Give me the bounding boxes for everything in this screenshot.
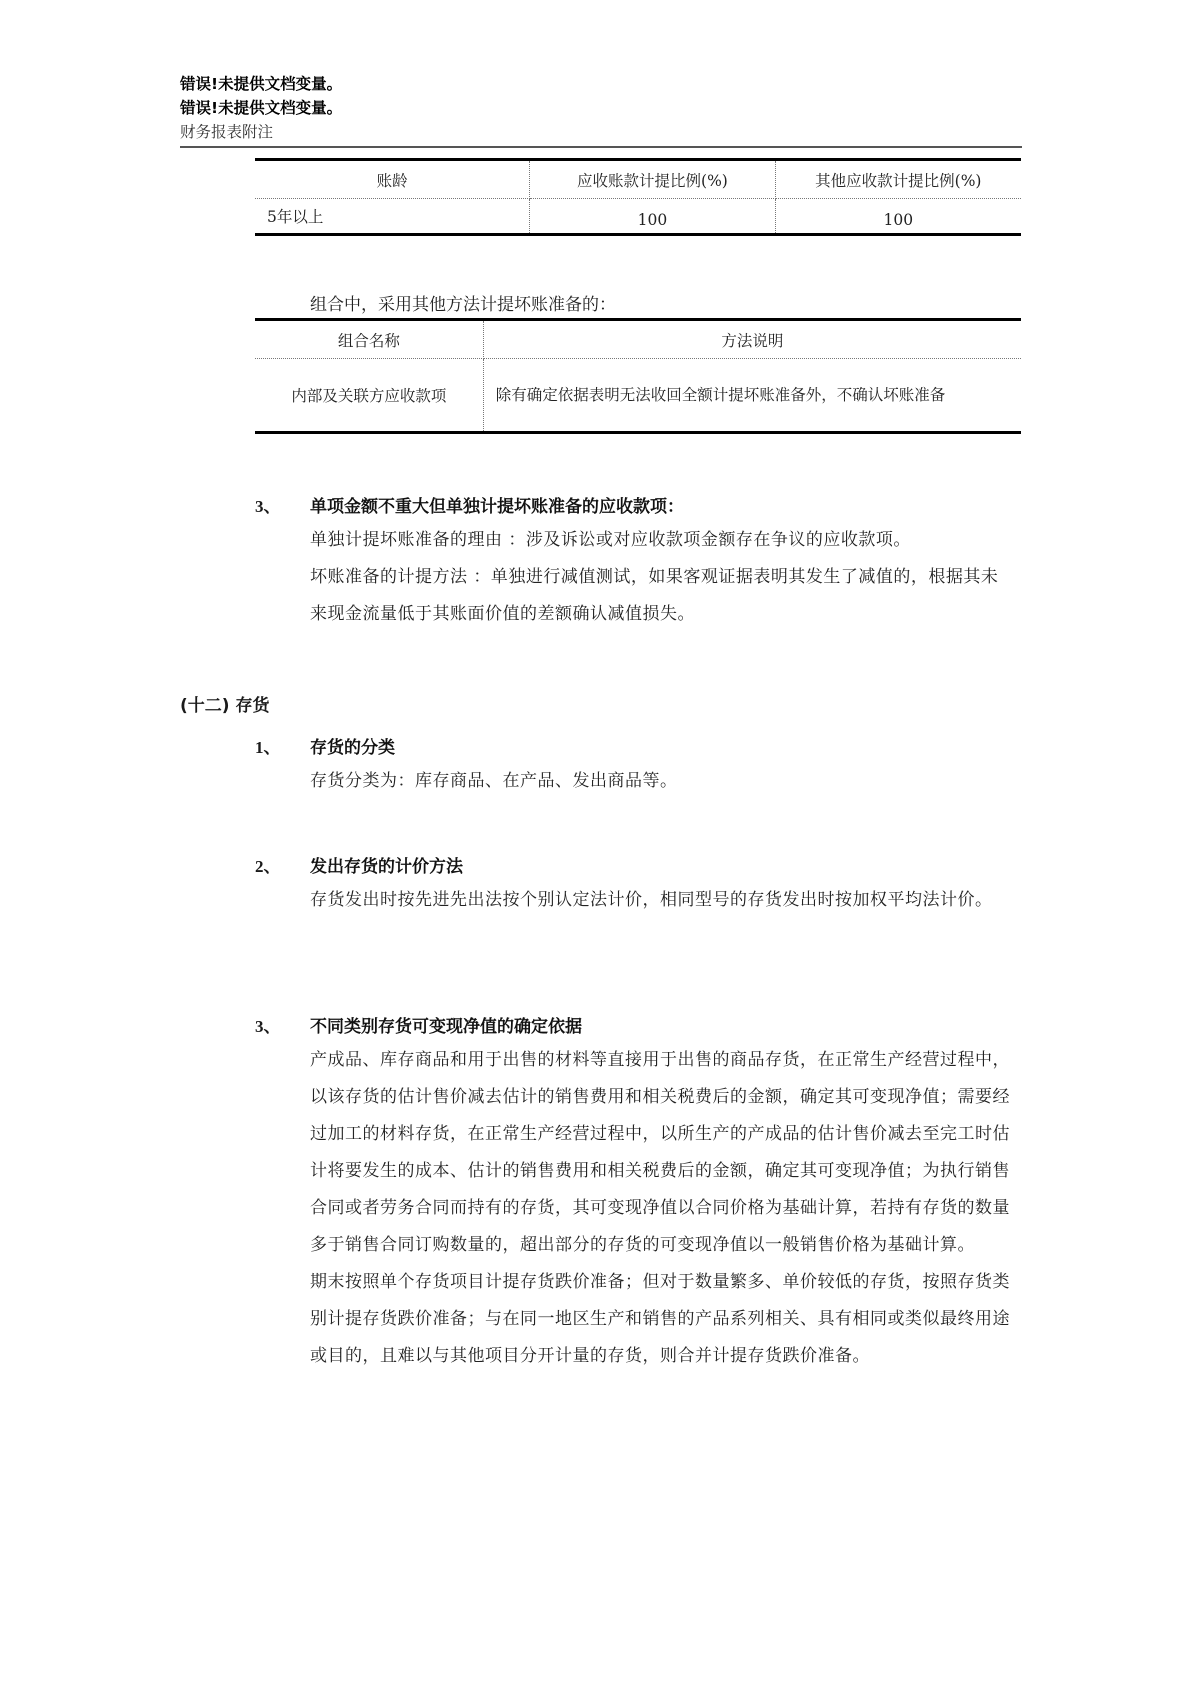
item-title: 发出存货的计价方法 (310, 852, 463, 877)
header-error-line-2: 错误!未提供文档变量。 (180, 96, 342, 118)
aging-ratio-table: 账龄 应收账款计提比例(%) 其他应收款计提比例(%) 5年以上 100 100 (255, 158, 1021, 236)
header-rule (180, 146, 1022, 148)
item-title: 单项金额不重大但单独计提坏账准备的应收款项： (310, 492, 684, 517)
table-header-row: 组合名称 方法说明 (255, 320, 1021, 359)
table-header-cell: 组合名称 (255, 320, 483, 359)
document-page: 错误!未提供文档变量。 错误!未提供文档变量。 财务报表附注 账龄 应收账款计提… (0, 0, 1200, 1696)
table-header-cell: 方法说明 (483, 320, 1021, 359)
item-number: 3、 (255, 492, 281, 517)
table-header-cell: 账龄 (255, 160, 530, 199)
table-header-cell: 其他应收款计提比例(%) (775, 160, 1021, 199)
section-heading: (十二) 存货 (180, 691, 269, 716)
table-cell: 除有确定依据表明无法收回全额计提坏账准备外，不确认坏账准备 (483, 359, 1021, 433)
reason-line: 单独计提坏账准备的理由 ：涉及诉讼或对应收款项金额存在争议的应收款项。 (310, 522, 1015, 559)
item-number: 1、 (255, 733, 281, 758)
other-method-intro: 组合中，采用其他方法计提坏账准备的： (310, 290, 616, 315)
item-number: 3、 (255, 1012, 281, 1037)
impairment-paragraph: 期末按照单个存货项目计提存货跌价准备；但对于数量繁多、单价较低的存货，按照存货类… (310, 1264, 1015, 1375)
nrv-paragraph: 产成品、库存商品和用于出售的材料等直接用于出售的商品存货，在正常生产经营过程中，… (310, 1042, 1015, 1264)
item-paragraph: 存货分类为：库存商品、在产品、发出商品等。 (310, 763, 1015, 800)
table-header-row: 账龄 应收账款计提比例(%) 其他应收款计提比例(%) (255, 160, 1021, 199)
table-cell: 100 (530, 199, 775, 235)
table-cell: 100 (775, 199, 1021, 235)
item-number: 2、 (255, 852, 281, 877)
method-line: 坏账准备的计提方法 ：单独进行减值测试，如果客观证据表明其发生了减值的，根据其未… (310, 559, 1015, 633)
header-error-line-1: 错误!未提供文档变量。 (180, 72, 342, 94)
table-cell: 内部及关联方应收款项 (255, 359, 483, 433)
item-title: 不同类别存货可变现净值的确定依据 (310, 1012, 582, 1037)
table-row: 5年以上 100 100 (255, 199, 1021, 235)
header-subtitle: 财务报表附注 (180, 120, 273, 142)
other-method-table: 组合名称 方法说明 内部及关联方应收款项 除有确定依据表明无法收回全额计提坏账准… (255, 318, 1021, 434)
item-paragraph: 存货发出时按先进先出法按个别认定法计价，相同型号的存货发出时按加权平均法计价。 (310, 882, 1015, 919)
table-header-cell: 应收账款计提比例(%) (530, 160, 775, 199)
table-row: 内部及关联方应收款项 除有确定依据表明无法收回全额计提坏账准备外，不确认坏账准备 (255, 359, 1021, 433)
item-paragraph: 产成品、库存商品和用于出售的材料等直接用于出售的商品存货，在正常生产经营过程中，… (310, 1042, 1015, 1375)
item-paragraph: 单独计提坏账准备的理由 ：涉及诉讼或对应收款项金额存在争议的应收款项。 坏账准备… (310, 522, 1015, 633)
item-title: 存货的分类 (310, 733, 395, 758)
table-cell: 5年以上 (255, 199, 530, 235)
